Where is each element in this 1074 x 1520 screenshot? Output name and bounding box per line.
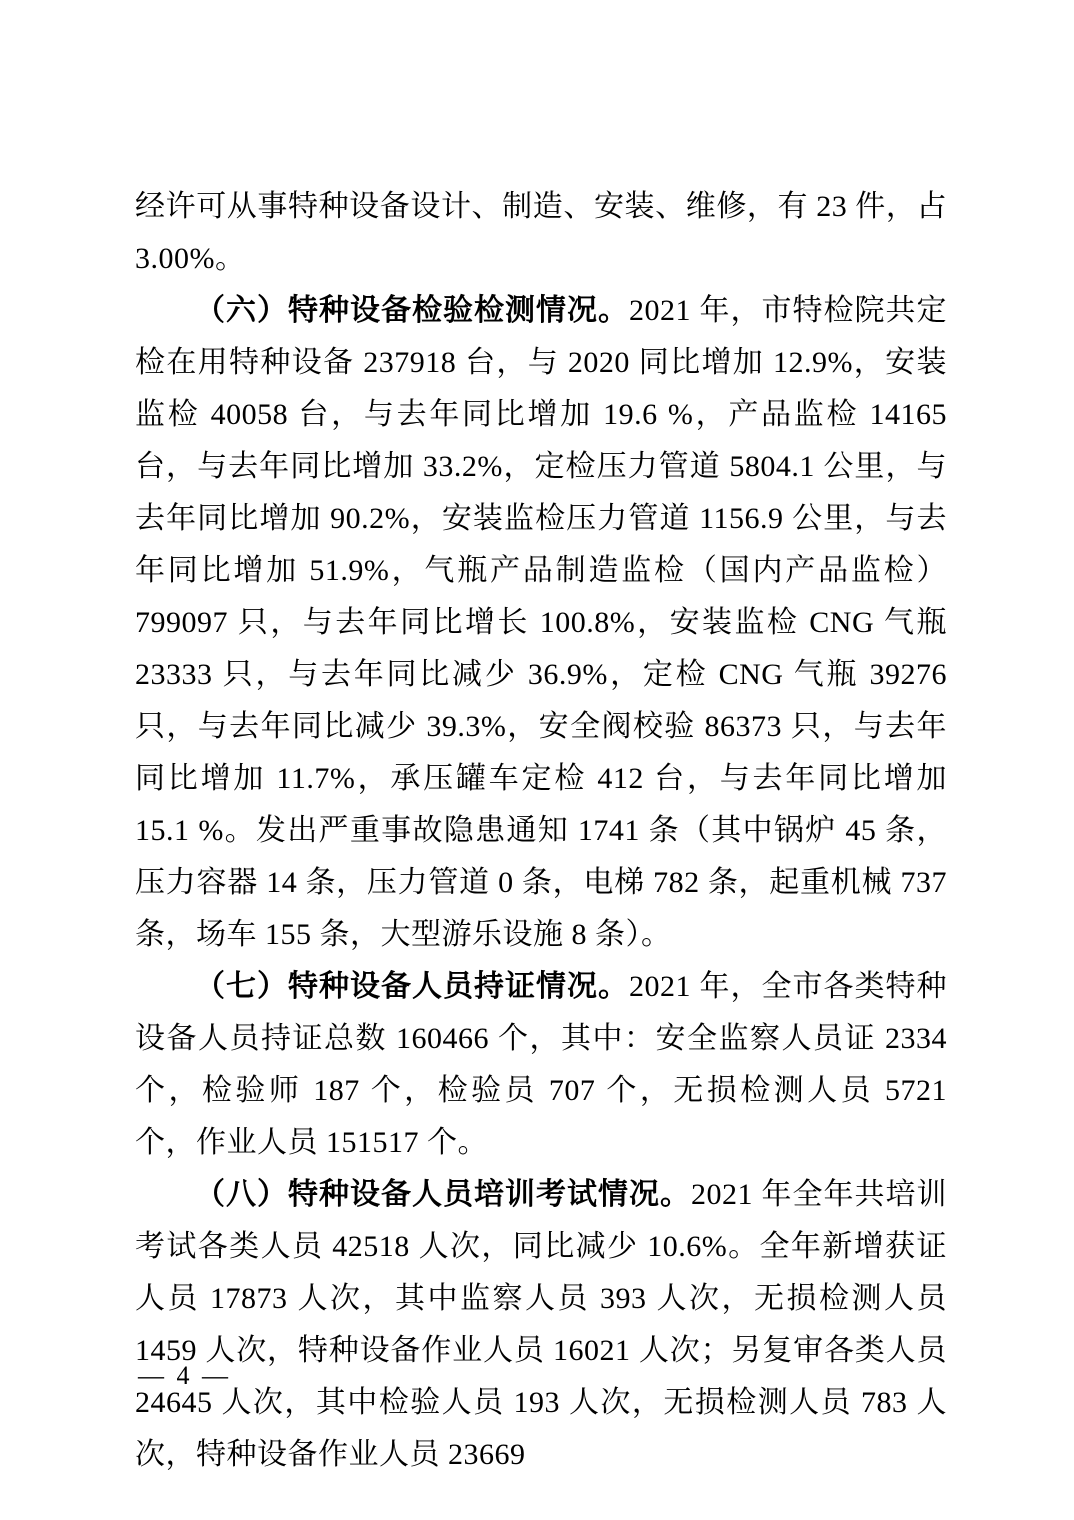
paragraph-continuation: 经许可从事特种设备设计、制造、安装、维修，有 23 件，占 3.00%。 xyxy=(135,181,947,285)
paragraph-section-7: （七）特种设备人员持证情况。2021 年，全市各类特种设备人员持证总数 1604… xyxy=(135,961,947,1169)
page-footer: — 4 — xyxy=(138,1356,228,1396)
page-number-label: — 4 — xyxy=(138,1361,228,1390)
section-7-heading: （七）特种设备人员持证情况。 xyxy=(195,970,629,1003)
paragraph-section-6: （六）特种设备检验检测情况。2021 年，市特检院共定检在用特种设备 23791… xyxy=(135,285,947,961)
paragraph-text: 经许可从事特种设备设计、制造、安装、维修，有 23 件，占 3.00%。 xyxy=(135,190,947,275)
section-8-body: 2021 年全年共培训考试各类人员 42518 人次，同比减少 10.6%。全年… xyxy=(135,1178,947,1471)
paragraph-section-8: （八）特种设备人员培训考试情况。2021 年全年共培训考试各类人员 42518 … xyxy=(135,1169,947,1481)
section-6-body: 2021 年，市特检院共定检在用特种设备 237918 台，与 2020 同比增… xyxy=(135,294,947,951)
document-page: 经许可从事特种设备设计、制造、安装、维修，有 23 件，占 3.00%。 （六）… xyxy=(0,0,1074,1520)
page-body: 经许可从事特种设备设计、制造、安装、维修，有 23 件，占 3.00%。 （六）… xyxy=(135,181,947,1481)
section-6-heading: （六）特种设备检验检测情况。 xyxy=(195,294,629,327)
section-8-heading: （八）特种设备人员培训考试情况。 xyxy=(195,1178,691,1211)
